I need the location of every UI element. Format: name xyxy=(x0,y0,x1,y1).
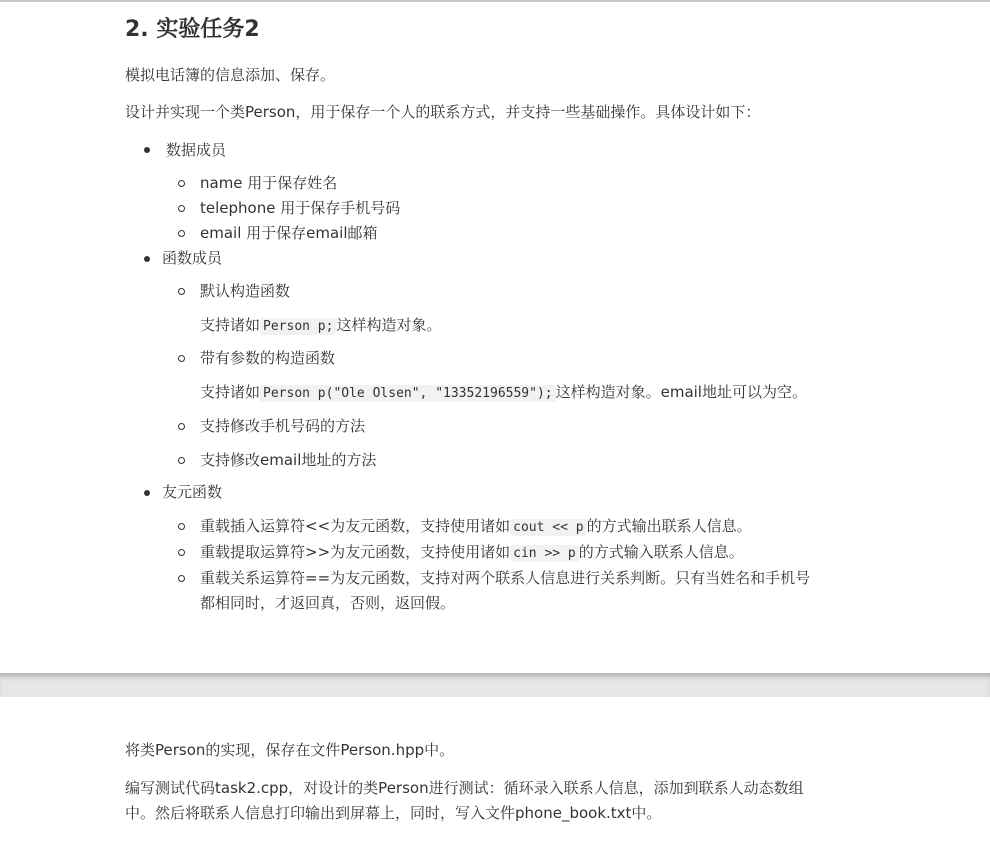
list-item-line-1: 重载关系运算符==为友元函数，支持对两个联系人信息进行关系判断。只有当姓名和手机… xyxy=(200,566,810,591)
code-snippet: Person p; xyxy=(260,318,336,335)
list-item: 重载插入运算符<<为友元函数，支持使用诸如cout << p的方式输出联系人信息… xyxy=(200,514,752,540)
bullet-icon xyxy=(144,256,150,262)
list-item-description: 支持诸如Person p("Ole Olsen", "13352196559")… xyxy=(200,380,807,406)
list-heading-data-members: 数据成员 xyxy=(166,138,226,163)
document-page-2: 将类Person的实现，保存在文件Person.hpp中。 编写测试代码task… xyxy=(0,697,990,841)
list-item: 支持修改手机号码的方法 xyxy=(200,414,365,439)
list-item-line-2: 都相同时，才返回真，否则，返回假。 xyxy=(200,591,455,616)
design-intro-paragraph: 设计并实现一个类Person，用于保存一个人的联系方式，并支持一些基础操作。具体… xyxy=(125,100,760,125)
circle-bullet-icon xyxy=(178,549,185,556)
circle-bullet-icon xyxy=(178,288,185,295)
list-item: name 用于保存姓名 xyxy=(200,171,337,196)
description-prefix: 支持诸如 xyxy=(200,383,260,401)
circle-bullet-icon xyxy=(178,423,185,430)
section-title: 2. 实验任务2 xyxy=(125,14,260,46)
code-snippet: Person p("Ole Olsen", "13352196559"); xyxy=(260,385,556,402)
intro-paragraph: 模拟电话簿的信息添加、保存。 xyxy=(125,63,335,88)
item-prefix: 重载插入运算符<<为友元函数，支持使用诸如 xyxy=(200,517,510,535)
description-prefix: 支持诸如 xyxy=(200,316,260,334)
item-suffix: 的方式输入联系人信息。 xyxy=(579,543,744,561)
list-heading-function-members: 函数成员 xyxy=(162,246,222,271)
circle-bullet-icon xyxy=(178,457,185,464)
item-suffix: 的方式输出联系人信息。 xyxy=(587,517,752,535)
circle-bullet-icon xyxy=(178,230,185,237)
list-item-description: 支持诸如Person p;这样构造对象。 xyxy=(200,313,441,339)
paragraph-test-line-2: 中。然后将联系人信息打印输出到屏幕上，同时，写入文件phone_book.txt… xyxy=(125,801,661,826)
list-item: 重载提取运算符>>为友元函数，支持使用诸如cin >> p的方式输入联系人信息。 xyxy=(200,540,744,566)
list-item: email 用于保存email邮箱 xyxy=(200,221,378,246)
page-break xyxy=(0,673,990,697)
bullet-icon xyxy=(144,490,150,496)
paragraph-test-line-1: 编写测试代码task2.cpp，对设计的类Person进行测试：循环录入联系人信… xyxy=(125,776,804,801)
bullet-icon xyxy=(144,147,150,153)
code-snippet: cin >> p xyxy=(510,545,579,562)
description-suffix: 这样构造对象。email地址可以为空。 xyxy=(556,383,807,401)
circle-bullet-icon xyxy=(178,355,185,362)
circle-bullet-icon xyxy=(178,180,185,187)
list-item: 支持修改email地址的方法 xyxy=(200,448,376,473)
circle-bullet-icon xyxy=(178,523,185,530)
code-snippet: cout << p xyxy=(510,519,586,536)
list-item: telephone 用于保存手机号码 xyxy=(200,196,400,221)
paragraph-save-hpp: 将类Person的实现，保存在文件Person.hpp中。 xyxy=(125,738,454,763)
list-item: 带有参数的构造函数 xyxy=(200,346,335,371)
circle-bullet-icon xyxy=(178,575,185,582)
circle-bullet-icon xyxy=(178,205,185,212)
document-page-1: 2. 实验任务2 模拟电话簿的信息添加、保存。 设计并实现一个类Person，用… xyxy=(0,0,990,673)
description-suffix: 这样构造对象。 xyxy=(336,316,441,334)
item-prefix: 重载提取运算符>>为友元函数，支持使用诸如 xyxy=(200,543,510,561)
list-heading-friend-functions: 友元函数 xyxy=(162,480,222,505)
list-item: 默认构造函数 xyxy=(200,279,290,304)
